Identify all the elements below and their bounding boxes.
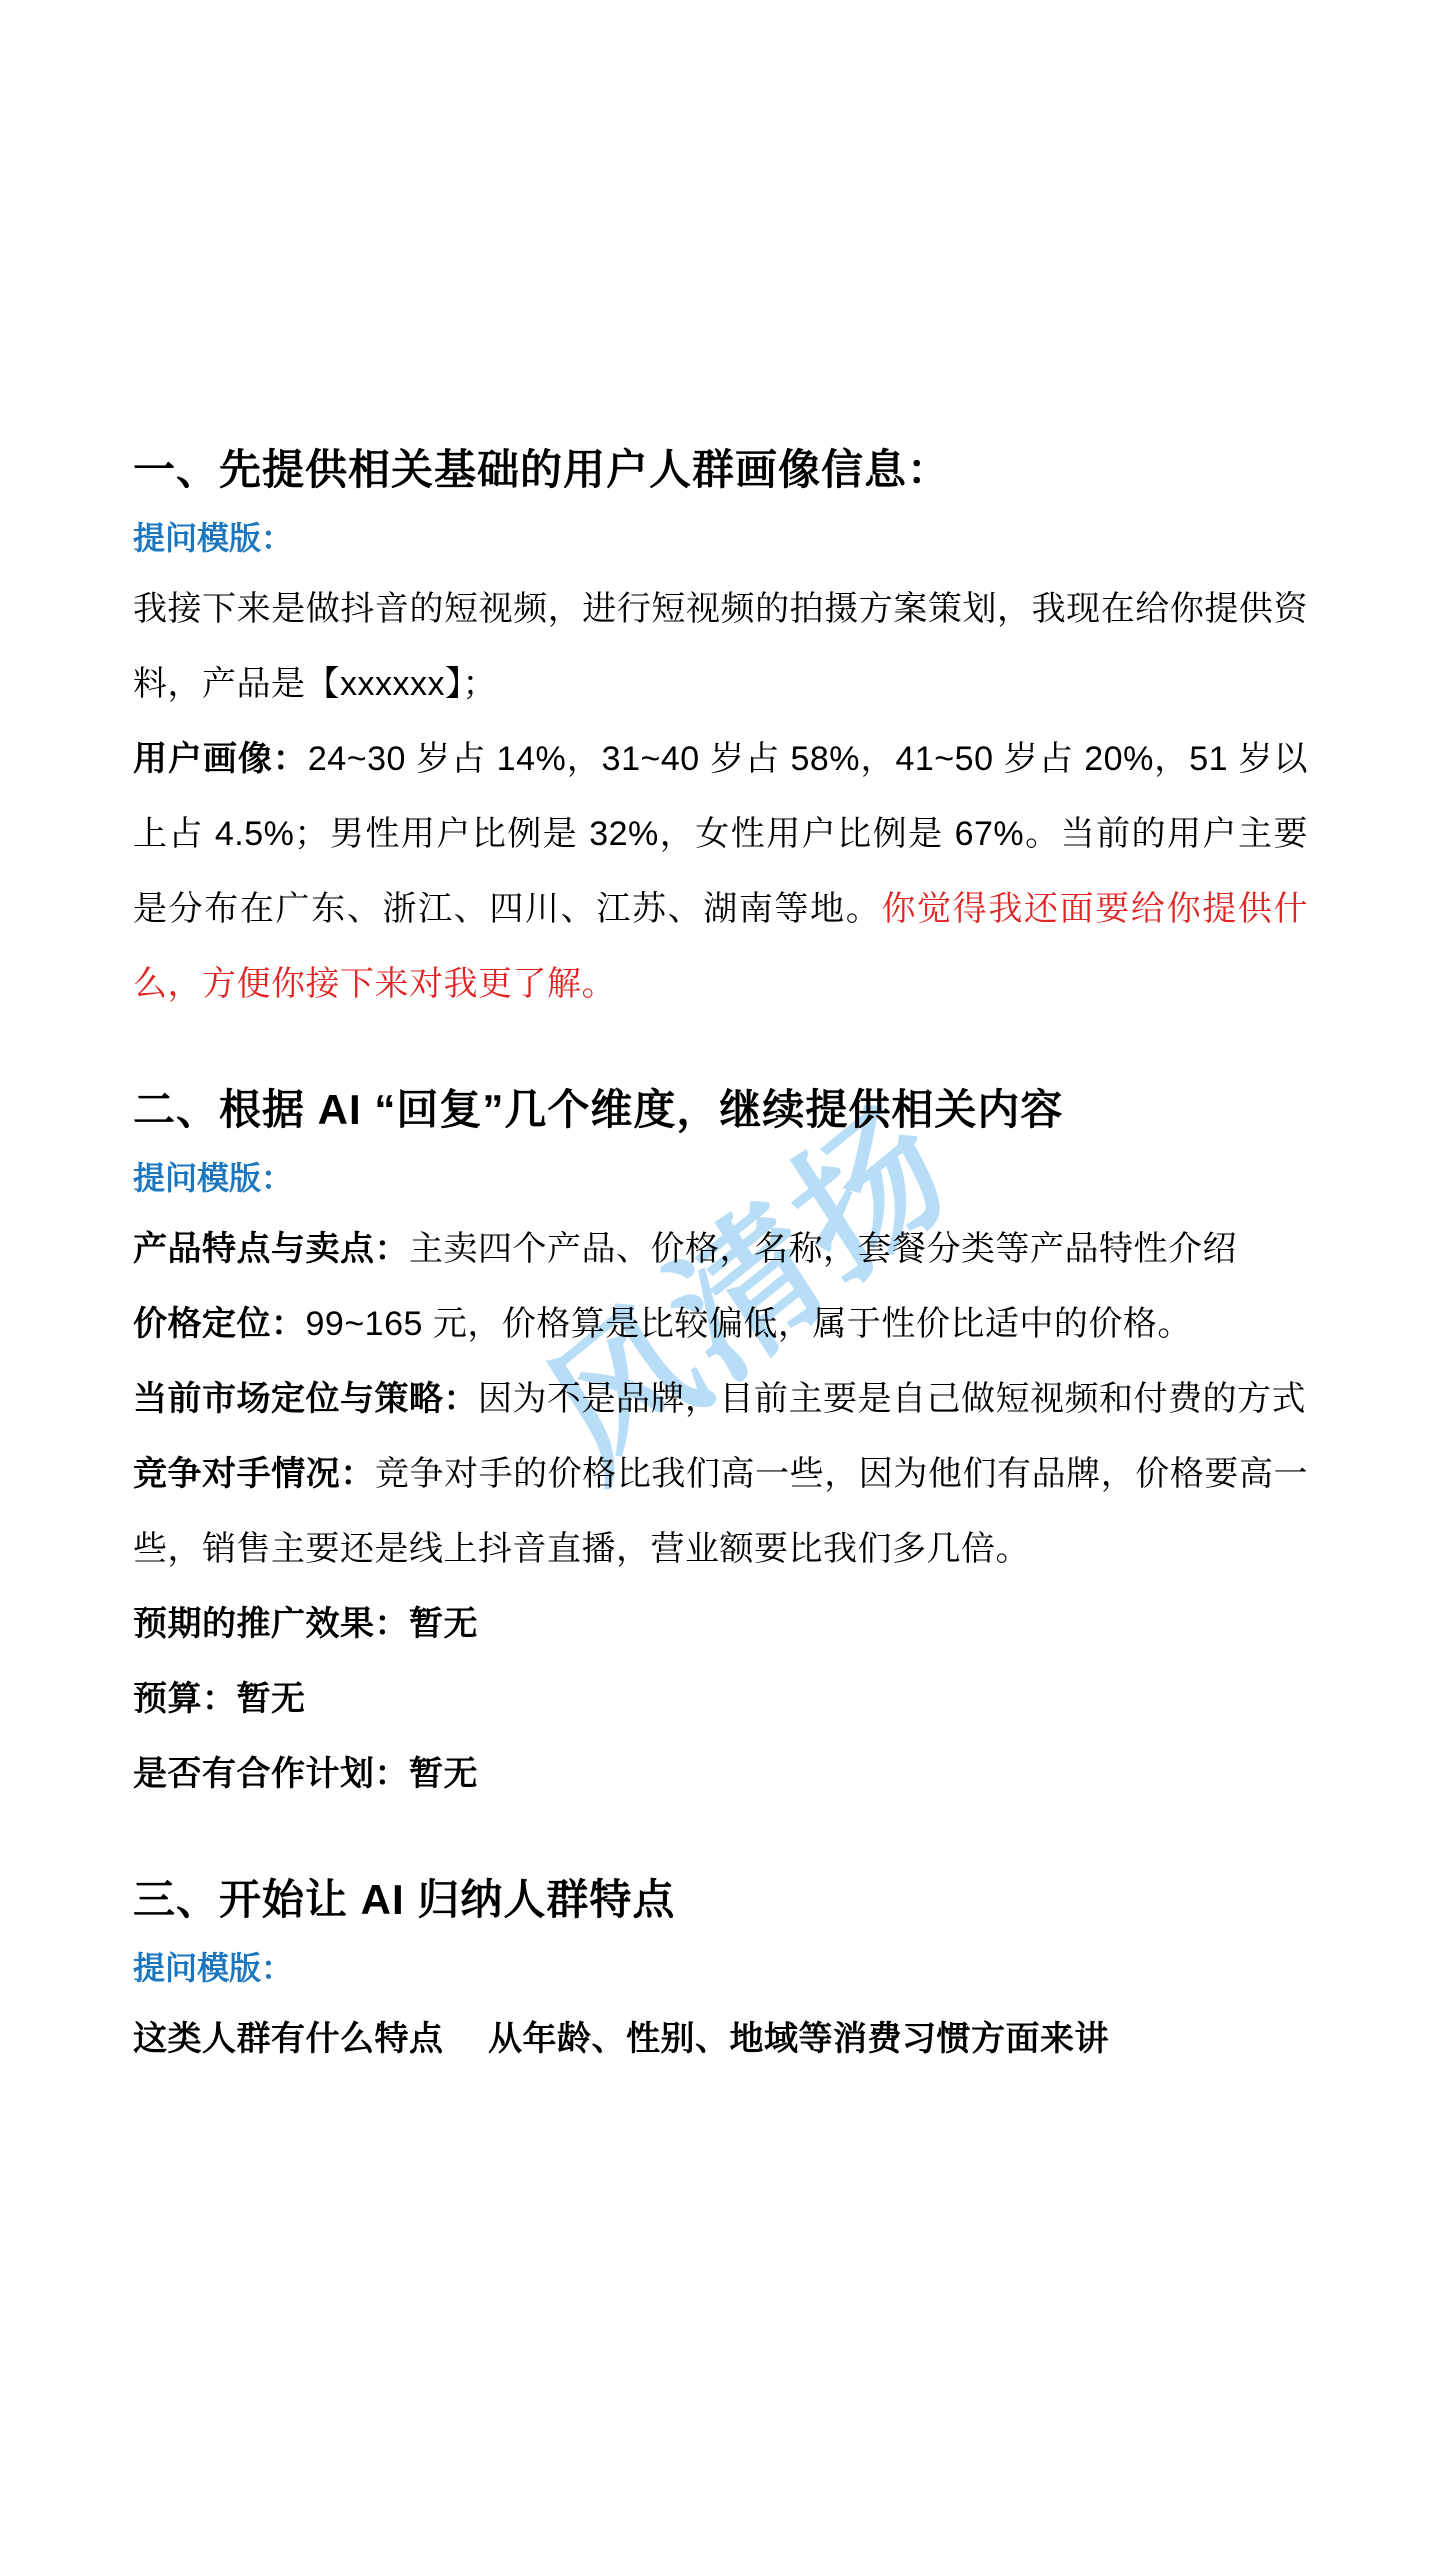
paragraph: 预算：暂无 — [133, 1662, 1308, 1737]
text-run-label: 竞争对手情况： — [133, 1455, 375, 1493]
section-3-prompt-template-label: 提问模版： — [133, 1944, 1308, 1992]
paragraph: 预期的推广效果：暂无 — [133, 1587, 1308, 1662]
text-run-label: 价格定位： — [133, 1305, 306, 1343]
text-run: 因为不是品牌，目前主要是自己做短视频和付费的方式 — [478, 1380, 1306, 1418]
text-run-label: 是否有合作计划：暂无 — [133, 1755, 478, 1793]
paragraph: 产品特点与卖点：主卖四个产品、价格，名称，套餐分类等产品特性介绍 — [133, 1212, 1308, 1287]
section-2-heading: 二、根据 AI “回复”几个维度，继续提供相关内容 — [133, 1080, 1308, 1140]
paragraph: 价格定位：99~165 元，价格算是比较偏低，属于性价比适中的价格。 — [133, 1287, 1308, 1362]
paragraph: 当前市场定位与策略：因为不是品牌，目前主要是自己做短视频和付费的方式 — [133, 1362, 1308, 1437]
text-run: 99~165 元，价格算是比较偏低，属于性价比适中的价格。 — [306, 1305, 1192, 1343]
section-3: 三、开始让 AI 归纳人群特点 提问模版： 这类人群有什么特点 从年龄、性别、地… — [133, 1870, 1308, 2077]
text-run-label: 这类人群有什么特点 从年龄、性别、地域等消费习惯方面来讲 — [133, 2020, 1109, 2058]
text-run-label: 预期的推广效果：暂无 — [133, 1605, 478, 1643]
text-run-label: 用户画像： — [133, 740, 308, 778]
paragraph: 这类人群有什么特点 从年龄、性别、地域等消费习惯方面来讲 — [133, 2002, 1308, 2077]
section-2: 二、根据 AI “回复”几个维度，继续提供相关内容 提问模版： 产品特点与卖点：… — [133, 1080, 1308, 1812]
paragraph: 用户画像：24~30 岁占 14%，31~40 岁占 58%，41~50 岁占 … — [133, 722, 1308, 1022]
text-run: 我接下来是做抖音的短视频，进行短视频的拍摄方案策划，我现在给你提供资料，产品是【… — [133, 590, 1308, 703]
section-1-prompt-template-label: 提问模版： — [133, 514, 1308, 562]
section-3-body: 这类人群有什么特点 从年龄、性别、地域等消费习惯方面来讲 — [133, 2002, 1308, 2077]
text-run-label: 产品特点与卖点： — [133, 1230, 409, 1268]
document-content: 一、先提供相关基础的用户人群画像信息： 提问模版： 我接下来是做抖音的短视频，进… — [0, 0, 1440, 2077]
section-1: 一、先提供相关基础的用户人群画像信息： 提问模版： 我接下来是做抖音的短视频，进… — [133, 440, 1308, 1022]
text-run-label: 当前市场定位与策略： — [133, 1380, 478, 1418]
text-run: 主卖四个产品、价格，名称，套餐分类等产品特性介绍 — [409, 1230, 1237, 1268]
section-2-prompt-template-label: 提问模版： — [133, 1154, 1308, 1202]
section-1-body: 我接下来是做抖音的短视频，进行短视频的拍摄方案策划，我现在给你提供资料，产品是【… — [133, 572, 1308, 1022]
paragraph: 我接下来是做抖音的短视频，进行短视频的拍摄方案策划，我现在给你提供资料，产品是【… — [133, 572, 1308, 722]
text-run-label: 预算：暂无 — [133, 1680, 306, 1718]
paragraph: 竞争对手情况：竞争对手的价格比我们高一些，因为他们有品牌，价格要高一些，销售主要… — [133, 1437, 1308, 1587]
section-3-heading: 三、开始让 AI 归纳人群特点 — [133, 1870, 1308, 1930]
paragraph: 是否有合作计划：暂无 — [133, 1737, 1308, 1812]
section-2-body: 产品特点与卖点：主卖四个产品、价格，名称，套餐分类等产品特性介绍 价格定位：99… — [133, 1212, 1308, 1812]
section-1-heading: 一、先提供相关基础的用户人群画像信息： — [133, 440, 1308, 500]
document-page: 风清扬 一、先提供相关基础的用户人群画像信息： 提问模版： 我接下来是做抖音的短… — [0, 0, 1440, 2560]
